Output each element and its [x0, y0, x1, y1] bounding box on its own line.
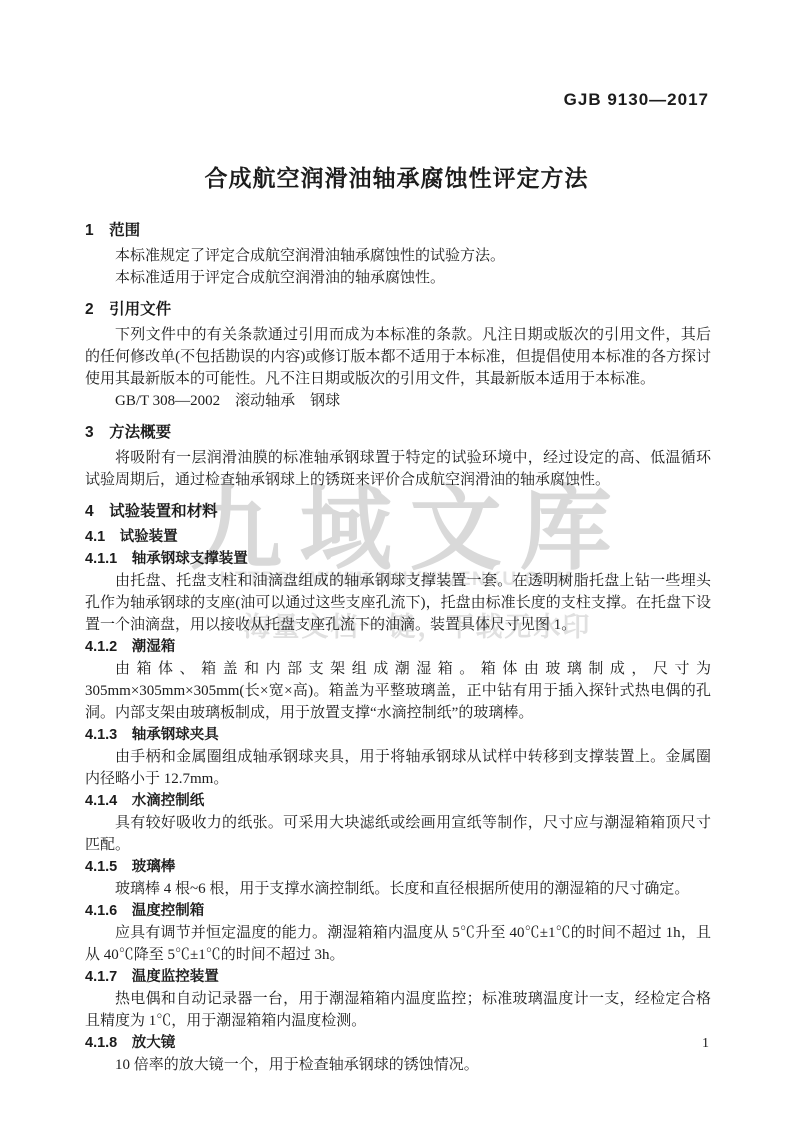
paragraph: 热电偶和自动记录器一台，用于潮湿箱箱内温度监控；标准玻璃温度计一支，经检定合格且…: [85, 988, 711, 1032]
section-heading-scope: 1 范围: [85, 220, 711, 242]
section-heading-method-summary: 3 方法概要: [85, 422, 711, 444]
paragraph: 玻璃棒 4 根~6 根，用于支撑水滴控制纸。长度和直径根据所使用的潮湿箱的尺寸确…: [85, 878, 711, 900]
paragraph: 具有较好吸收力的纸张。可采用大块滤纸或绘画用宣纸等制作，尺寸应与潮湿箱箱顶尺寸匹…: [85, 812, 711, 856]
subsection-heading-glass-rods: 4.1.5 玻璃棒: [85, 856, 711, 878]
paragraph: 10 倍率的放大镜一个，用于检查轴承钢球的锈蚀情况。: [85, 1054, 711, 1076]
paragraph: 本标准规定了评定合成航空润滑油轴承腐蚀性的试验方法。: [85, 245, 711, 267]
paragraph: 由箱体、箱盖和内部支架组成潮湿箱。箱体由玻璃制成，尺寸为 305mm×305mm…: [85, 658, 711, 724]
document-body: 1 范围 本标准规定了评定合成航空润滑油轴承腐蚀性的试验方法。 本标准适用于评定…: [85, 220, 711, 1076]
subsection-heading-humidity-cabinet: 4.1.2 潮湿箱: [85, 636, 711, 658]
subsection-heading-temperature-monitor: 4.1.7 温度监控装置: [85, 966, 711, 988]
page-number: 1: [702, 1036, 709, 1052]
subsection-heading-apparatus: 4.1 试验装置: [85, 526, 711, 548]
standard-number: GJB 9130—2017: [564, 90, 709, 110]
document-title: 合成航空润滑油轴承腐蚀性评定方法: [0, 160, 793, 193]
paragraph: 本标准适用于评定合成航空润滑油的轴承腐蚀性。: [85, 267, 711, 289]
subsection-heading-temperature-control-box: 4.1.6 温度控制箱: [85, 900, 711, 922]
subsection-heading-drip-control-paper: 4.1.4 水滴控制纸: [85, 790, 711, 812]
section-heading-apparatus-materials: 4 试验装置和材料: [85, 501, 711, 523]
subsection-heading-ball-support: 4.1.1 轴承钢球支撑装置: [85, 548, 711, 570]
document-page: 九域文库 HTTPS://WWW.JIUYUWENKU.COM 海量文档一键，下…: [0, 0, 793, 1122]
paragraph: 由托盘、托盘支柱和油滴盘组成的轴承钢球支撑装置一套。在透明树脂托盘上钻一些埋头孔…: [85, 570, 711, 636]
reference-entry: GB/T 308—2002 滚动轴承 钢球: [85, 390, 711, 412]
paragraph: 应具有调节并恒定温度的能力。潮湿箱箱内温度从 5℃升至 40℃±1℃的时间不超过…: [85, 922, 711, 966]
paragraph: 由手柄和金属圈组成轴承钢球夹具，用于将轴承钢球从试样中转移到支撑装置上。金属圈内…: [85, 746, 711, 790]
paragraph: 下列文件中的有关条款通过引用而成为本标准的条款。凡注日期或版次的引用文件，其后的…: [85, 324, 711, 390]
section-heading-references: 2 引用文件: [85, 299, 711, 321]
subsection-heading-magnifier: 4.1.8 放大镜: [85, 1032, 711, 1054]
subsection-heading-ball-clamp: 4.1.3 轴承钢球夹具: [85, 724, 711, 746]
paragraph: 将吸附有一层润滑油膜的标准轴承钢球置于特定的试验环境中，经过设定的高、低温循环试…: [85, 447, 711, 491]
